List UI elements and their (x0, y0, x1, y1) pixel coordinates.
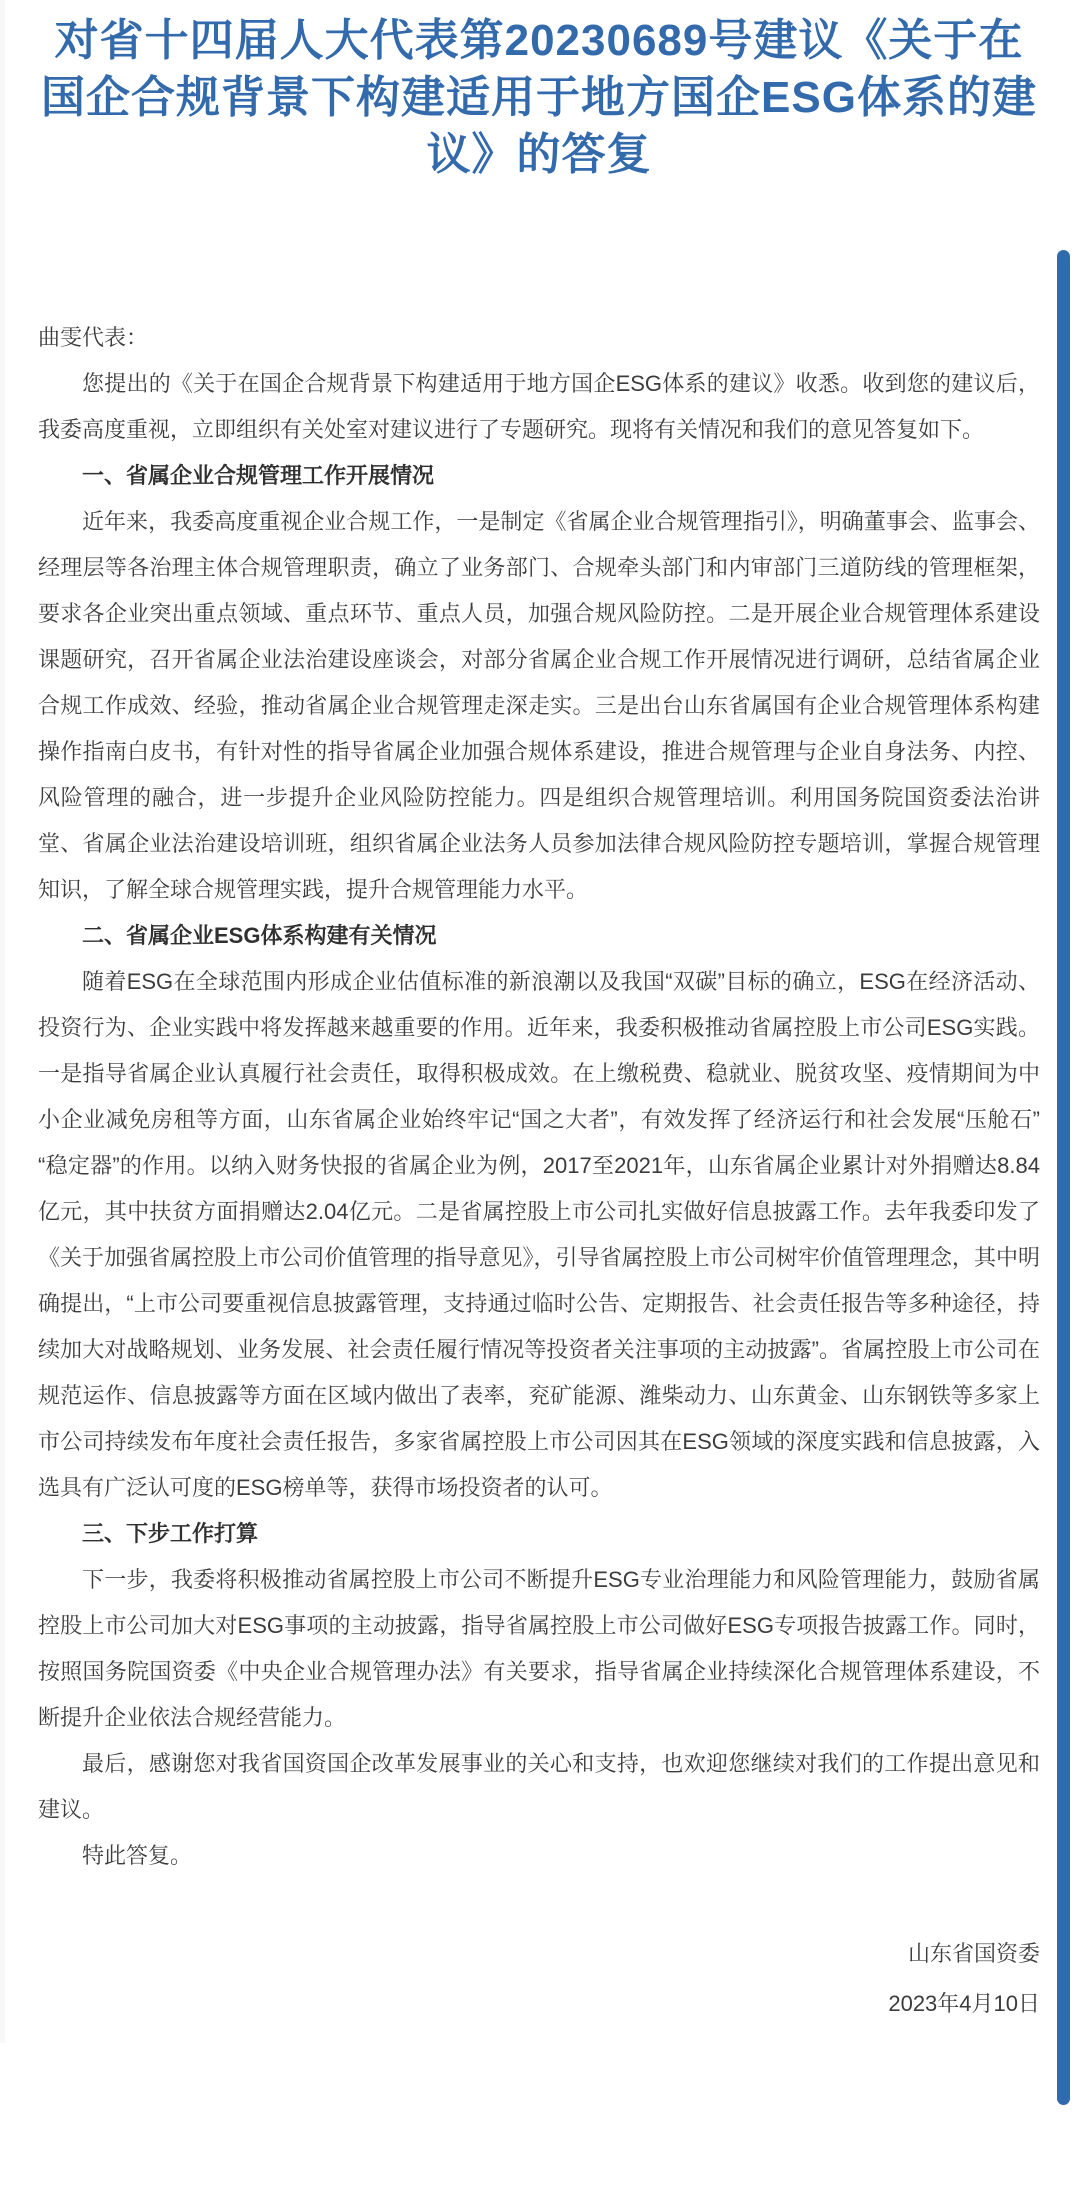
reply-note: 特此答复。 (38, 1833, 1040, 1879)
section-1-paragraph: 近年来，我委高度重视企业合规工作，一是制定《省属企业合规管理指引》，明确董事会、… (38, 499, 1040, 913)
closing-paragraph: 最后，感谢您对我省国资国企改革发展事业的关心和支持，也欢迎您继续对我们的工作提出… (38, 1741, 1040, 1833)
scrollbar-thumb[interactable] (1057, 250, 1070, 2105)
document-title: 对省十四届人大代表第20230689号建议《关于在国企合规背景下构建适用于地方国… (38, 0, 1040, 183)
section-2-heading: 二、省属企业ESG体系构建有关情况 (38, 913, 1040, 959)
section-3-paragraph: 下一步，我委将积极推动省属控股上市公司不断提升ESG专业治理能力和风险管理能力，… (38, 1557, 1040, 1741)
page-left-edge (0, 0, 5, 2043)
section-2-paragraph: 随着ESG在全球范围内形成企业估值标准的新浪潮以及我国“双碳”目标的确立，ESG… (38, 959, 1040, 1511)
document: 对省十四届人大代表第20230689号建议《关于在国企合规背景下构建适用于地方国… (38, 0, 1040, 2027)
intro-paragraph: 您提出的《关于在国企合规背景下构建适用于地方国企ESG体系的建议》收悉。收到您的… (38, 361, 1040, 453)
section-3-heading: 三、下步工作打算 (38, 1511, 1040, 1557)
section-1-heading: 一、省属企业合规管理工作开展情况 (38, 453, 1040, 499)
salutation: 曲雯代表： (38, 315, 1040, 361)
signature-org: 山东省国资委 (38, 1931, 1040, 1977)
signature-date: 2023年4月10日 (38, 1981, 1040, 2027)
